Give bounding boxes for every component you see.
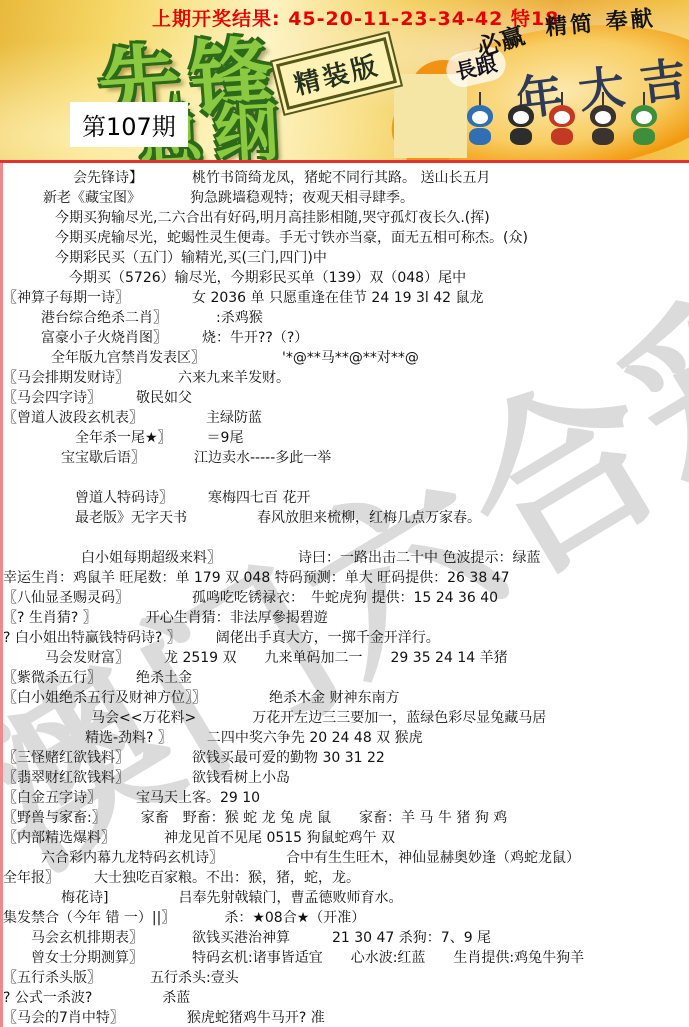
- text-line: 曾女士分期测算〗 特码玄机:诸事皆适宜 心水波:红蓝 生肖提供:鸡兔牛狗羊: [3, 948, 689, 968]
- text-line: 今期买狗输尽光,二六合出有好码,明月高挂影相随,哭守孤灯夜长久.(挥): [3, 208, 689, 228]
- text-line: 曾道人特码诗〗 寒梅四七百 花开: [3, 488, 689, 508]
- text-line: [3, 468, 689, 488]
- lottery-tip-sheet: 上期开奖结果: 45-20-11-23-34-42 特18 先锋 总纲 精装版 …: [0, 0, 689, 1027]
- text-line: 〖曾道人波段玄机表〗 主绿防蓝: [3, 408, 689, 428]
- fuwa-flame-mascot-icon: [546, 92, 578, 145]
- text-line: 〖野兽与家畜:〗 家畜 野畜：猴 蛇 龙 兔 虎 鼠 家畜：羊 马 牛 猪 狗 …: [3, 808, 689, 828]
- text-line: 今期买虎输尽光，蛇蝎性灵生便毒。手无寸铁亦当豪，面无五相可称杰。(众): [3, 228, 689, 248]
- text-line: 幸运生肖：鸡鼠羊 旺尾数：单 179 双 048 特码预测：单大 旺码提供：26…: [3, 568, 689, 588]
- fuwa-black-mascot-icon: [587, 92, 619, 145]
- text-line: 〖翡翠财红欲钱料〗 欲钱看树上小岛: [3, 768, 689, 788]
- text-line: ? 白小姐出特赢钱特码诗? 〗 阔佬出手真大方，一掷千金开洋行。: [3, 628, 689, 648]
- body-lines: 会先锋诗】 桃竹书筒绮龙凤，猪蛇不同行其路。 送山长五月新老《藏宝图》 狗急跳墙…: [3, 168, 689, 1027]
- text-line: 〖内部精选爆料〗 神龙见首不见尾 0515 狗鼠蛇鸡午 双: [3, 828, 689, 848]
- fuwa-green-mascot-icon: [628, 92, 660, 145]
- text-line: 今期买（5726）输尽光，今期彩民买单（139）双（048）尾中: [3, 268, 689, 288]
- text-line: 会先锋诗】 桃竹书筒绮龙凤，猪蛇不同行其路。 送山长五月: [3, 168, 689, 188]
- text-line: 马会发财富〗 龙 2519 双 九来单码加二一 29 35 24 14 羊猪: [3, 648, 689, 668]
- text-line: 〖马会排期发财诗〗 六来九来羊发财。: [3, 368, 689, 388]
- text-line: 梅花诗] 吕奉先射戟辕门，曹孟德败师育水。: [3, 888, 689, 908]
- tips-body: 澳门六合彩 会先锋诗】 桃竹书筒绮龙凤，猪蛇不同行其路。 送山长五月新老《藏宝图…: [0, 163, 689, 1027]
- text-line: 新老《藏宝图》 狗急跳墙稳观特；夜观天相寻肆季。: [3, 188, 689, 208]
- text-line: 〖三怪赌红欲钱料〗 欲钱买最可爱的勤物 30 31 22: [3, 748, 689, 768]
- text-line: 〖五行杀头版〗 五行杀头:壹头: [3, 968, 689, 988]
- text-line: 集发禁合（今年 错 一）||〗 杀：★08合★（开准）: [3, 908, 689, 928]
- text-line: 最老版》无字天书 春风放胆来梳柳，红梅几点万家春。: [3, 508, 689, 528]
- text-line: 富豪小子火烧肖图〗 烧：牛开??（?）: [3, 328, 689, 348]
- fuwa-blue-mascot-icon: [464, 92, 496, 145]
- text-line: 〖紫微杀五行〗 绝杀土金: [3, 668, 689, 688]
- text-line: 〖神算子每期一诗〗 女 2036 单 只愿重逢在佳节 24 19 3l 42 鼠…: [3, 288, 689, 308]
- mascot-charms: [464, 92, 660, 145]
- text-line: 马会<<万花料> 万花开左边三三要加一，蓝绿色彩尽显兔藏马居: [3, 708, 689, 728]
- text-line: 精选-劲料? 〗 二四中奖六争先 20 24 48 双 猴虎: [3, 728, 689, 748]
- issue-number: 第107期: [70, 102, 188, 147]
- blank-patch: [394, 74, 467, 158]
- text-line: 宝宝歇后语〗 江边卖水-----多此一举: [3, 448, 689, 468]
- text-line: 白小姐每期超级来料〗 诗曰：一路出击二十中 色波提示：绿蓝: [3, 548, 689, 568]
- text-line: 全年报〗 大士独吃百家粮。不出：猴，猪，蛇，龙。: [3, 868, 689, 888]
- text-line: 〖白金五字诗〗 宝马天上客。29 10: [3, 788, 689, 808]
- text-line: 今期彩民买（五门）输精光,买(三门,四门)中: [3, 248, 689, 268]
- banner-header: 上期开奖结果: 45-20-11-23-34-42 特18 先锋 总纲 精装版 …: [0, 0, 689, 160]
- edition-badge: 精装版: [276, 37, 397, 110]
- fuwa-panda-mascot-icon: [505, 92, 537, 145]
- text-line: 港台综合绝杀二肖〗 :杀鸡猴: [3, 308, 689, 328]
- text-line: 〖八仙显圣赐灵码〗 孤鸣吃吃锈禄衣： 牛蛇虎狗 提供：15 24 36 40: [3, 588, 689, 608]
- text-line: 〖? 生肖猜? 〗 开心生肖猜：非法厚參揭碧遊: [3, 608, 689, 628]
- text-line: 〖马会四字诗〗 敬民如父: [3, 388, 689, 408]
- text-line: 〖马会的7肖中特〗 猴虎蛇猪鸡牛马开? 准: [3, 1008, 689, 1027]
- text-line: 六合彩内幕九龙特码玄机诗〗 合中有生生旺木，神仙显赫奥妙逢（鸡蛇龙鼠）: [3, 848, 689, 868]
- text-line: 马会玄机排期表〗 欲钱买港治神算 21 30 47 杀狗：7、9 尾: [3, 928, 689, 948]
- text-line: 全年杀一尾★〗 ＝9尾: [3, 428, 689, 448]
- text-line: 〖白小姐绝杀五行及财神方位〗〗 绝杀木金 财神东南方: [3, 688, 689, 708]
- text-line: 全年版九宫禁肖发表区〗 '*@**马**@**对**@: [3, 348, 689, 368]
- text-line: [3, 528, 689, 548]
- text-line: ? 公式一杀波? 杀蓝: [3, 988, 689, 1008]
